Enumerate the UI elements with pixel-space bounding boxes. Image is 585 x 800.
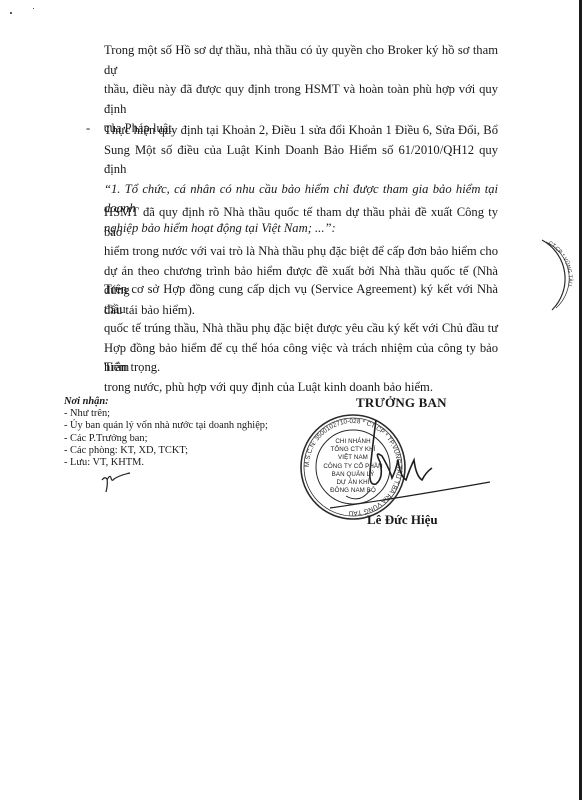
text-line: Trên cơ sở Hợp đồng cung cấp dịch vụ (Se… [104,280,498,319]
signatory-name: Lê Đức Hiệu [367,512,438,528]
signatory-title: TRƯỞNG BAN [356,395,447,411]
page-edge-border [579,0,582,800]
recipient-item: - Như trên; [64,408,268,420]
text-line: Sung Một số điều của Luật Kinh Doanh Bảo… [104,141,498,180]
closing-text: Trân trọng. [104,358,498,378]
recipient-item: - Các phòng: KT, XD, TCKT; [64,445,268,457]
scan-speck [33,8,34,9]
side-seal-text: CT.CP * VŨNG TÀU [547,241,574,287]
scan-speck [10,12,12,14]
recipient-item: - Các P.Trưởng ban; [64,433,268,445]
bullet-marker: - [86,121,90,136]
text-line: hiểm trong nước với vai trò là Nhà thầu … [104,242,498,262]
recipient-item: - Lưu: VT, KHTM. [64,457,268,469]
partial-seal-icon: CT.CP * VŨNG TÀU [540,240,585,310]
closing-greeting: Trân trọng. [104,358,498,378]
handwritten-signature [360,420,510,520]
text-line: HSMT đã quy định rõ Nhà thầu quốc tế tha… [104,203,498,242]
svg-text:CT.CP * VŨNG TÀU: CT.CP * VŨNG TÀU [547,241,574,287]
paragraph-service-agreement: Trên cơ sở Hợp đồng cung cấp dịch vụ (Se… [104,280,498,397]
text-line: Thực hiện quy định tại Khoản 2, Điều 1 s… [104,121,498,141]
initials-scribble [96,470,136,500]
text-line: thầu, điều này đã được quy định trong HS… [104,80,498,119]
recipient-item: - Ủy ban quản lý vốn nhà nước tại doanh … [64,420,268,432]
text-line: quốc tế trúng thầu, Nhà thầu phụ đặc biệ… [104,319,498,339]
recipients-block: Nơi nhận: - Như trên; - Ủy ban quản lý v… [64,396,268,469]
text-line: Trong một số Hồ sơ dự thầu, nhà thầu có … [104,41,498,80]
recipients-heading: Nơi nhận: [64,396,268,408]
